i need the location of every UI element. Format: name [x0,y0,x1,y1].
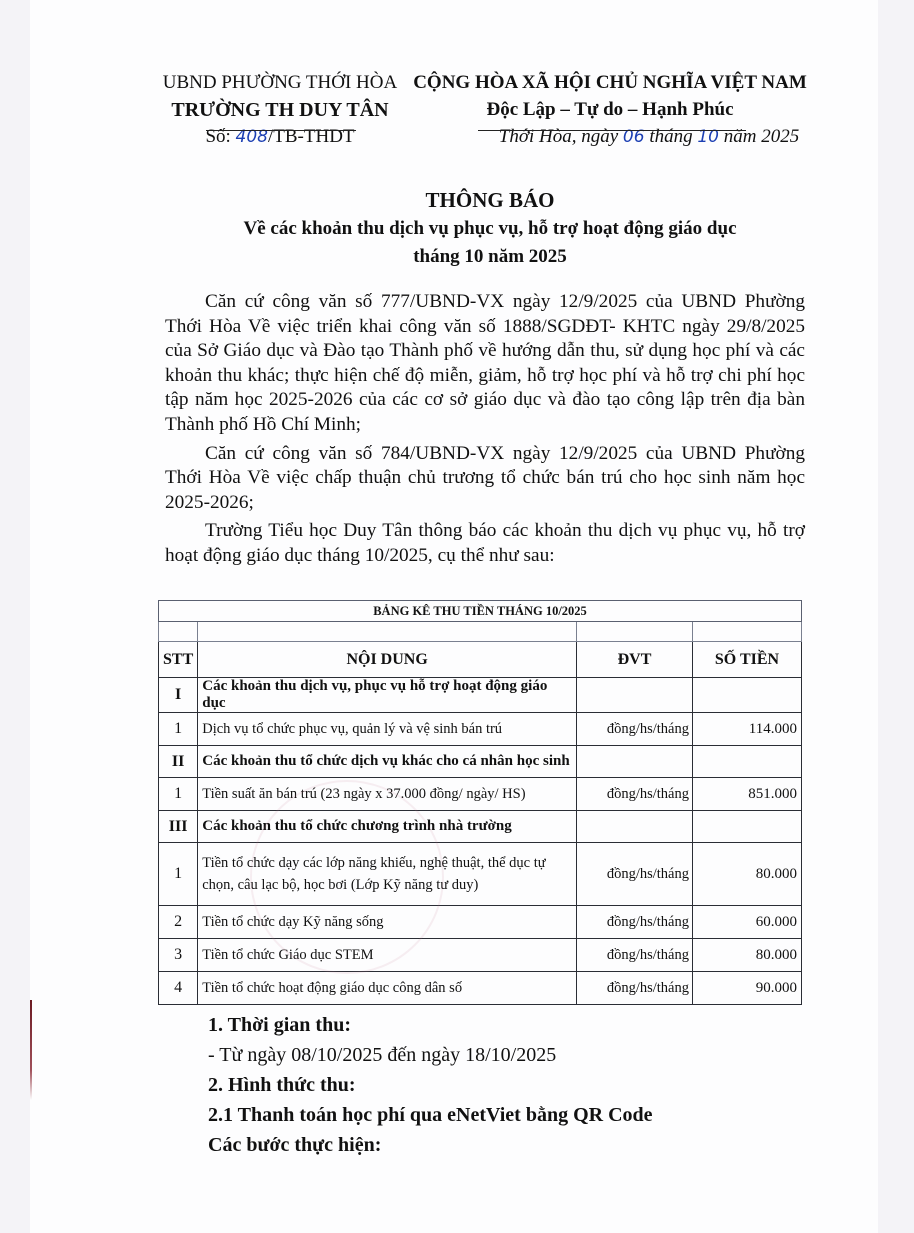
row-unit: đồng/hs/tháng [577,906,693,939]
row-content: Các khoản thu dịch vụ, phục vụ hỗ trợ ho… [198,678,577,713]
header-content: NỘI DUNG [198,642,577,678]
document-body: Căn cứ công văn số 777/UBND-VX ngày 12/9… [165,290,805,573]
row-content: Tiền tổ chức dạy các lớp năng khiếu, ngh… [198,843,577,906]
document-date: Thới Hòa, ngày 06 tháng 10 năm 2025 [410,124,810,150]
row-unit: đồng/hs/tháng [577,843,693,906]
row-stt: II [159,746,198,778]
table-row: 1Dịch vụ tổ chức phục vụ, quản lý và vệ … [159,713,802,746]
steps-heading: Các bước thực hiện: [208,1130,653,1160]
header-amount: SỐ TIỀN [693,642,802,678]
row-amount: 60.000 [693,906,802,939]
issuer-block: UBND PHƯỜNG THỚI HÒA TRƯỜNG TH DUY TÂN S… [160,70,400,150]
table-row: 1Tiền suất ăn bán trú (23 ngày x 37.000 … [159,778,802,811]
table-blank-row [159,622,802,642]
table-section-row: IIICác khoản thu tổ chức chương trình nh… [159,811,802,843]
blank-cell [693,622,802,642]
national-heading-block: CỘNG HÒA XÃ HỘI CHỦ NGHĨA VIỆT NAM Độc L… [410,70,810,150]
issuer-underline [206,130,356,131]
row-unit [577,746,693,778]
row-unit: đồng/hs/tháng [577,939,693,972]
row-amount: 114.000 [693,713,802,746]
row-content: Tiền tổ chức hoạt động giáo dục công dân… [198,972,577,1005]
row-stt: 3 [159,939,198,972]
document-period: tháng 10 năm 2025 [160,243,820,271]
row-stt: 4 [159,972,198,1005]
row-amount: 851.000 [693,778,802,811]
row-stt: I [159,678,198,713]
header-unit: ĐVT [577,642,693,678]
time-heading: 1. Thời gian thu: [208,1010,653,1040]
table-row: 2Tiền tổ chức dạy Kỹ năng sốngđồng/hs/th… [159,906,802,939]
row-amount: 80.000 [693,843,802,906]
table-section-row: IICác khoản thu tổ chức dịch vụ khác cho… [159,746,802,778]
row-amount: 90.000 [693,972,802,1005]
motto-underline [478,130,746,131]
country-name: CỘNG HÒA XÃ HỘI CHỦ NGHĨA VIỆT NAM [410,70,810,96]
body-paragraph: Căn cứ công văn số 784/UBND-VX ngày 12/9… [165,442,805,516]
row-unit: đồng/hs/tháng [577,972,693,1005]
row-stt: 1 [159,843,198,906]
row-unit: đồng/hs/tháng [577,778,693,811]
fee-table: BẢNG KÊ THU TIỀN THÁNG 10/2025 STT NỘI D… [158,600,802,1005]
table-header-row: STT NỘI DUNG ĐVT SỐ TIỀN [159,642,802,678]
table-caption: BẢNG KÊ THU TIỀN THÁNG 10/2025 [159,601,802,622]
scan-edge-artifact [30,1000,32,1100]
table-row: 3Tiền tổ chức Giáo dục STEMđồng/hs/tháng… [159,939,802,972]
row-unit [577,811,693,843]
document-title-block: THÔNG BÁO Về các khoản thu dịch vụ phục … [160,185,820,271]
body-paragraph: Căn cứ công văn số 777/UBND-VX ngày 12/9… [165,290,805,438]
row-stt: III [159,811,198,843]
blank-cell [198,622,577,642]
national-motto: Độc Lập – Tự do – Hạnh Phúc [410,96,810,124]
method-qr: 2.1 Thanh toán học phí qua eNetViet bằng… [208,1100,653,1130]
document-number: Số: 408/TB-THDT [160,124,400,150]
table-row: 1Tiền tổ chức dạy các lớp năng khiếu, ng… [159,843,802,906]
table-row: 4Tiền tổ chức hoạt động giáo dục công dâ… [159,972,802,1005]
row-content: Tiền suất ăn bán trú (23 ngày x 37.000 đ… [198,778,577,811]
table-caption-row: BẢNG KÊ THU TIỀN THÁNG 10/2025 [159,601,802,622]
time-value: - Từ ngày 08/10/2025 đến ngày 18/10/2025 [208,1040,653,1070]
table-section-row: ICác khoản thu dịch vụ, phục vụ hỗ trợ h… [159,678,802,713]
row-content: Tiền tổ chức Giáo dục STEM [198,939,577,972]
issuer-agency: UBND PHƯỜNG THỚI HÒA [160,70,400,96]
row-stt: 1 [159,778,198,811]
document-subject: Về các khoản thu dịch vụ phục vụ, hỗ trợ… [160,215,820,243]
collection-details: 1. Thời gian thu: - Từ ngày 08/10/2025 đ… [208,1010,653,1160]
issuer-school: TRƯỜNG TH DUY TÂN [160,96,400,124]
row-unit [577,678,693,713]
row-stt: 2 [159,906,198,939]
header-stt: STT [159,642,198,678]
row-content: Tiền tổ chức dạy Kỹ năng sống [198,906,577,939]
row-amount [693,678,802,713]
row-amount [693,746,802,778]
blank-cell [159,622,198,642]
row-amount [693,811,802,843]
method-heading: 2. Hình thức thu: [208,1070,653,1100]
row-content: Các khoản thu tổ chức chương trình nhà t… [198,811,577,843]
document-title: THÔNG BÁO [160,185,820,215]
row-stt: 1 [159,713,198,746]
body-paragraph: Trường Tiểu học Duy Tân thông báo các kh… [165,519,805,568]
row-amount: 80.000 [693,939,802,972]
blank-cell [577,622,693,642]
row-unit: đồng/hs/tháng [577,713,693,746]
row-content: Các khoản thu tổ chức dịch vụ khác cho c… [198,746,577,778]
row-content: Dịch vụ tổ chức phục vụ, quản lý và vệ s… [198,713,577,746]
